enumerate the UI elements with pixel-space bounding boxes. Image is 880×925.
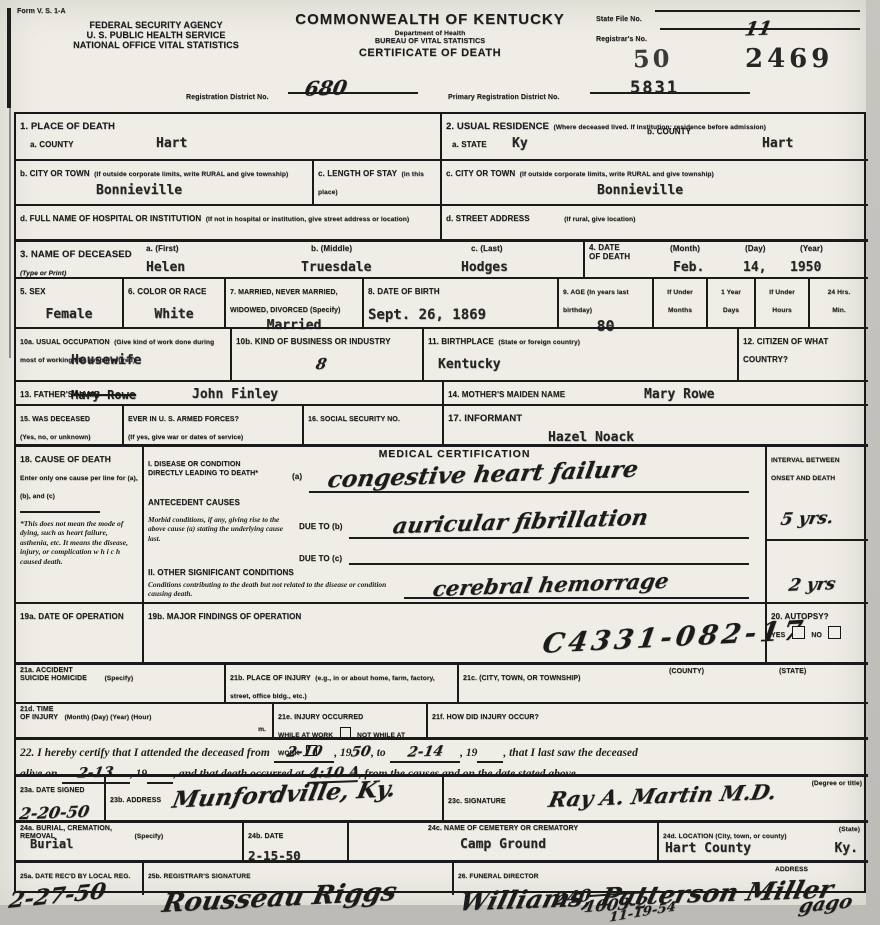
death-date-title: 4. DATE OF DEATH [589, 244, 631, 262]
business-value: 8 [314, 355, 328, 373]
residence-title: 2. USUAL RESIDENCE [446, 121, 549, 132]
date-received-label: 25a. DATE REC'D BY LOCAL REG. [20, 873, 130, 880]
place-city-value: Bonnieville [96, 183, 182, 198]
agency-block: FEDERAL SECURITY AGENCY U. S. PUBLIC HEA… [16, 20, 296, 50]
field-injury-occurred: 21e. INJURY OCCURRED WHILE AT WORK NOT W… [272, 702, 426, 737]
accident-note: (Specify) [104, 675, 133, 682]
birthplace-value: Kentucky [438, 357, 733, 372]
due-to-c-label: DUE TO (c) [299, 555, 342, 564]
primary-district-label: Primary Registration District No. [448, 94, 559, 102]
field-social-security: 16. SOCIAL SECURITY NO. [302, 404, 442, 444]
age-months-header-1: If Under [667, 289, 693, 296]
field-length-of-stay: c. LENGTH OF STAY (in this place) [312, 159, 440, 204]
residence-county-value: Hart [762, 136, 793, 151]
registrar-signature-label: 25b. REGISTRAR'S SIGNATURE [148, 873, 251, 880]
death-day-value: 14, [743, 260, 766, 275]
place-injury-label: 21b. PLACE OF INJURY [230, 675, 311, 682]
other-conditions-label: II. OTHER SIGNIFICANT CONDITIONS [148, 569, 294, 578]
dob-label: 8. DATE OF BIRTH [368, 287, 440, 296]
injury-city-label: 21c. (CITY, TOWN, OR TOWNSHIP) [463, 675, 580, 682]
sex-value: Female [20, 307, 118, 322]
sidebar-divider [20, 511, 100, 513]
certify-text-5: , that I last saw the deceased [503, 747, 638, 759]
field-burial-date: 24b. DATE 2-15-50 [242, 820, 347, 860]
due-to-b-label: DUE TO (b) [299, 523, 343, 532]
last-name-value: Hodges [461, 260, 508, 275]
death-month-header: (Month) [670, 245, 700, 254]
mother-label: 14. MOTHER'S MAIDEN NAME [448, 390, 565, 399]
birthplace-label: 11. BIRTHPLACE [428, 337, 494, 346]
death-year-value: 1950 [790, 260, 821, 275]
residence-city-note: (If outside corporate limits, write RURA… [520, 171, 714, 178]
field-street-address: d. STREET ADDRESS (If rural, give locati… [440, 204, 868, 239]
field-place-of-injury: 21b. PLACE OF INJURY (e.g., in or about … [224, 662, 457, 702]
interval-other-value: 2 yrs [787, 574, 837, 596]
armed-forces-note: (If yes, give war or dates of service) [128, 434, 243, 441]
field-registrar-signature: 25b. REGISTRAR'S SIGNATURE Rousseau Rigg… [142, 860, 452, 895]
autopsy-no-label: NO [811, 632, 822, 639]
injury-occurred-label: 21e. INJURY OCCURRED [278, 714, 363, 721]
cause-c-rule [349, 539, 749, 565]
last-name-header: c. (Last) [471, 245, 503, 254]
field-date-of-birth: 8. DATE OF BIRTH Sept. 26, 1869 [362, 277, 557, 327]
residence-state-label: a. STATE [452, 140, 487, 149]
field-usual-residence: 2. USUAL RESIDENCE (Where deceased lived… [440, 114, 868, 159]
field-burial-type: 24a. BURIAL, CREMATION, REMOVAL (Specify… [16, 820, 242, 860]
injury-time-m: m. [258, 726, 266, 733]
injury-time-cols: (Month) (Day) (Year) (Hour) [64, 714, 151, 721]
field-cemetery-name: 24c. NAME OF CEMETERY OR CREMATORY Camp … [347, 820, 657, 860]
certify-text-4: , 19 [460, 747, 477, 759]
field-interval-column: INTERVAL BETWEEN ONSET AND DEATH 5 yrs. … [765, 444, 868, 602]
funeral-director-address-label: ADDRESS [775, 866, 808, 873]
field-kind-of-business: 10b. KIND OF BUSINESS OR INDUSTRY 8 [230, 327, 422, 380]
agency-line-1: FEDERAL SECURITY AGENCY [16, 20, 296, 30]
age-hours-header-2: Hours [772, 307, 792, 314]
signer-address-label: 23b. ADDRESS [110, 797, 161, 804]
death-month-value: Feb. [673, 260, 704, 275]
field-birthplace: 11. BIRTHPLACE (State or foreign country… [422, 327, 737, 380]
interval-header: INTERVAL BETWEEN ONSET AND DEATH [771, 457, 840, 482]
burial-note: (Specify) [134, 833, 163, 840]
autopsy-label: 20. AUTOPSY? [771, 612, 829, 621]
field-age: 9. AGE (In years last birthday) 80 [557, 277, 652, 327]
field-certification-statement: 22. I hereby certify that I attended the… [16, 737, 868, 774]
certify-text-3: , to [371, 747, 386, 759]
field-date-signed: 23a. DATE SIGNED 2-20-50 [16, 774, 104, 820]
hospital-label: d. FULL NAME OF HOSPITAL OR INSTITUTION [20, 214, 201, 223]
cemetery-location-value: Hart County [665, 841, 751, 856]
physician-signature-value: Ray A. Martin M.D. [547, 779, 780, 812]
residence-city-value: Bonnieville [597, 183, 683, 198]
field-color-or-race: 6. COLOR OR RACE White [122, 277, 224, 327]
was-deceased-label: 15. WAS DECEASED [20, 416, 90, 423]
autopsy-yes-label: YES [771, 632, 785, 639]
field-cemetery-location: 24d. LOCATION (City, town, or county) (S… [657, 820, 868, 860]
residence-state-value: Ky [512, 136, 528, 151]
disease-condition-label-2: DIRECTLY LEADING TO DEATH* [148, 470, 258, 478]
certify-year-value: 50 [350, 744, 372, 761]
field-cause-of-death-sidebar: 18. CAUSE OF DEATH Enter only one cause … [16, 444, 142, 602]
first-name-header: a. (First) [146, 245, 179, 254]
field-autopsy: 20. AUTOPSY? YES NO [765, 602, 868, 662]
burial-date-label: 24b. DATE [248, 833, 283, 840]
age-days-header-2: Days [723, 307, 739, 314]
bureau-line: BUREAU OF VITAL STATISTICS [280, 37, 580, 45]
marital-label: 7. MARRIED, NEVER MARRIED, WIDOWED, DIVO… [230, 289, 340, 314]
burial-value: Burial [30, 837, 73, 851]
registrar-no-label: Registrar's No. [596, 36, 647, 44]
sex-label: 5. SEX [20, 287, 46, 296]
field-medical-certification: MEDICAL CERTIFICATION I. DISEASE OR COND… [142, 444, 765, 602]
ssn-label: 16. SOCIAL SECURITY NO. [308, 416, 400, 423]
informant-label: 17. INFORMANT [448, 413, 522, 424]
place-county-label: a. COUNTY [30, 140, 74, 149]
cemetery-location-label: 24d. LOCATION (City, town, or county) [663, 833, 787, 840]
field-age-months: If Under Months [652, 277, 706, 327]
antecedent-label: ANTECEDENT CAUSES [148, 499, 240, 508]
cause-note: Enter only one cause per line for (a), (… [20, 475, 138, 500]
field-name-of-deceased: 3. NAME OF DECEASED (Type or Print) a. (… [16, 239, 583, 277]
field-informant: 17. INFORMANT Hazel Noack [442, 404, 868, 444]
stamp-certificate-number: 2469 [745, 44, 833, 74]
citizen-label: 12. CITIZEN OF WHAT COUNTRY? [743, 337, 828, 364]
stay-label: c. LENGTH OF STAY [318, 169, 397, 178]
hospital-note: (If not in hospital or institution, give… [206, 216, 410, 223]
age-min-header-2: Min. [832, 307, 846, 314]
residence-county-label: b. COUNTY [647, 128, 691, 137]
name-title: 3. NAME OF DECEASED [20, 249, 132, 260]
date-signed-label: 23a. DATE SIGNED [20, 787, 85, 794]
father-value: John Finley [192, 387, 278, 402]
registrar-signature-value: Rousseau Riggs [160, 877, 400, 919]
field-marital-status: 7. MARRIED, NEVER MARRIED, WIDOWED, DIVO… [224, 277, 362, 327]
field-time-of-injury: 21d. TIME OF INJURY (Month) (Day) (Year)… [16, 702, 272, 737]
field-age-minutes: 24 Hrs. Min. [808, 277, 868, 327]
was-deceased-note: (Yes, no, or unknown) [20, 434, 91, 441]
interval-rule [767, 539, 868, 541]
funeral-director-label: 26. FUNERAL DIRECTOR [458, 873, 539, 880]
registrar-no-value: 11 [743, 18, 774, 41]
dob-value: Sept. 26, 1869 [368, 307, 553, 323]
primary-district-value: 5831 [630, 78, 679, 98]
first-name-value: Helen [146, 260, 185, 275]
death-day-header: (Day) [745, 245, 766, 254]
residence-city-label: c. CITY OR TOWN [446, 169, 515, 178]
birthplace-note: (State or foreign country) [498, 339, 580, 346]
field-funeral-director: 26. FUNERAL DIRECTOR ADDRESS Williams, P… [452, 860, 868, 895]
field-citizen-of: 12. CITIZEN OF WHAT COUNTRY? [737, 327, 868, 380]
operation-date-label: 19a. DATE OF OPERATION [20, 612, 124, 621]
disease-condition-label-1: I. DISEASE OR CONDITION [148, 461, 241, 469]
field-signer-address: 23b. ADDRESS Munfordville, Ky. [104, 774, 442, 820]
certify-to-value: 2-14 [406, 743, 444, 760]
field-date-of-death: 4. DATE OF DEATH (Month) (Day) (Year) Fe… [583, 239, 868, 277]
field-place-city: b. CITY OR TOWN (If outside corporate li… [16, 159, 312, 204]
age-hours-header-1: If Under [769, 289, 795, 296]
cemetery-state-value: Ky. [835, 841, 858, 856]
certify-from-value: 2-10 [285, 743, 323, 760]
field-date-of-operation: 19a. DATE OF OPERATION [16, 602, 142, 662]
certify-text-2: , 19 [334, 747, 351, 759]
autopsy-no-checkbox [828, 626, 841, 639]
place-city-note: (If outside corporate limits, write RURA… [94, 171, 288, 178]
cemetery-label: 24c. NAME OF CEMETERY OR CREMATORY [353, 825, 653, 833]
cemetery-value: Camp Ground [353, 837, 653, 852]
name-sub: (Type or Print) [20, 270, 66, 277]
age-months-header-2: Months [668, 307, 692, 314]
injury-state-label: (STATE) [779, 668, 806, 676]
reg-district-value: 680 [303, 75, 349, 100]
signer-address-value: Munfordville, Ky. [170, 775, 398, 813]
commonwealth-title: COMMONWEALTH OF KENTUCKY [280, 12, 580, 29]
field-place-of-death: 1. PLACE OF DEATH a. COUNTY Hart [16, 114, 440, 159]
annotation-scribble: gago [797, 890, 855, 917]
date-received-value: 2-27-50 [7, 878, 107, 914]
findings-label: 19b. MAJOR FINDINGS OF OPERATION [148, 612, 301, 621]
morbid-note: Morbid conditions, if any, giving rise t… [148, 515, 290, 543]
middle-name-value: Truesdale [301, 260, 371, 275]
agency-line-2: U. S. PUBLIC HEALTH SERVICE [16, 30, 296, 40]
field-age-days: 1 Year Days [706, 277, 754, 327]
agency-line-3: NATIONAL OFFICE VITAL STATISTICS [16, 40, 296, 50]
field-hospital-name: d. FULL NAME OF HOSPITAL OR INSTITUTION … [16, 204, 440, 239]
field-accident-suicide-homicide: 21a. ACCIDENT SUICIDE HOMICIDE (Specify) [16, 662, 224, 702]
other-conditions-note: Conditions contributing to the death but… [148, 580, 398, 599]
field-usual-occupation: 10a. USUAL OCCUPATION (Give kind of work… [16, 327, 230, 380]
field-injury-location: 21c. (CITY, TOWN, OR TOWNSHIP) (COUNTY) … [457, 662, 868, 702]
field-armed-forces: EVER IN U. S. ARMED FORCES? (If yes, giv… [122, 404, 302, 444]
injury-time-label: 21d. TIME OF INJURY [20, 706, 60, 722]
street-label: d. STREET ADDRESS [446, 214, 530, 223]
signature-label: 23c. SIGNATURE [448, 798, 506, 805]
certificate-form: 1. PLACE OF DEATH a. COUNTY Hart 2. USUA… [14, 112, 866, 893]
race-value: White [128, 307, 220, 322]
death-year-header: (Year) [800, 245, 823, 254]
street-note: (If rural, give location) [564, 216, 635, 223]
age-label: 9. AGE (In years last birthday) [563, 289, 629, 314]
certify-text-1: 22. I hereby certify that I attended the… [20, 747, 270, 759]
business-label: 10b. KIND OF BUSINESS OR INDUSTRY [236, 337, 391, 346]
cemetery-state-header: (State) [839, 826, 860, 833]
field-physician-signature: 23c. SIGNATURE (Degree or title) Ray A. … [442, 774, 868, 820]
informant-value: Hazel Noack [548, 430, 864, 445]
field-was-deceased: 15. WAS DECEASED (Yes, no, or unknown) [16, 404, 122, 444]
scanned-certificate-page: Form V. S. 1-A FEDERAL SECURITY AGENCY U… [0, 0, 866, 905]
field-residence-city: c. CITY OR TOWN (If outside corporate li… [440, 159, 868, 204]
reg-district-label: Registration District No. [186, 94, 269, 102]
field-date-received: 25a. DATE REC'D BY LOCAL REG. 2-27-50 [16, 860, 142, 895]
middle-name-header: b. (Middle) [311, 245, 352, 254]
field-sex: 5. SEX Female [16, 277, 122, 327]
stamp-file-year: 50 [633, 44, 673, 74]
field-age-hours: If Under Hours [754, 277, 808, 327]
accident-label: 21a. ACCIDENT SUICIDE HOMICIDE [20, 667, 100, 683]
age-days-header-1: 1 Year [721, 289, 741, 296]
interval-b-value: 5 yrs. [779, 508, 835, 530]
scan-edge-line [9, 108, 11, 358]
degree-title-label: (Degree or title) [812, 780, 862, 787]
cause-a-prefix: (a) [292, 473, 302, 482]
scan-binding-mark [7, 8, 11, 108]
injury-county-label: (COUNTY) [669, 668, 704, 676]
age-min-header-1: 24 Hrs. [828, 289, 851, 296]
occupation-label: 10a. USUAL OCCUPATION [20, 339, 110, 346]
field-mothers-maiden-name: 14. MOTHER'S MAIDEN NAME Mary Rowe [442, 380, 868, 404]
mother-value: Mary Rowe [644, 387, 714, 402]
cause-label: 18. CAUSE OF DEATH [20, 454, 111, 464]
state-file-blank [655, 10, 860, 12]
cause-footnote: *This does not mean the mode of dying, s… [20, 519, 138, 566]
field-major-findings: 19b. MAJOR FINDINGS OF OPERATION C4331-0… [142, 602, 765, 662]
occupation-value: Housewife [71, 353, 141, 368]
place-city-label: b. CITY OR TOWN [20, 169, 90, 178]
autopsy-yes-checkbox [792, 626, 805, 639]
certificate-title: CERTIFICATE OF DEATH [280, 47, 580, 59]
how-injury-label: 21f. HOW DID INJURY OCCUR? [432, 714, 539, 721]
field-how-injury-occurred: 21f. HOW DID INJURY OCCUR? [426, 702, 868, 737]
state-file-label: State File No. [596, 16, 642, 24]
field-fathers-name: 13. FATHER'S NAME Mary Rowe John Finley [16, 380, 442, 404]
armed-forces-label: EVER IN U. S. ARMED FORCES? [128, 416, 239, 423]
form-number: Form V. S. 1-A [17, 8, 66, 16]
race-label: 6. COLOR OR RACE [128, 287, 207, 296]
place-county-value: Hart [156, 136, 187, 151]
father-struck-value: Mary Rowe [71, 388, 136, 402]
place-title: 1. PLACE OF DEATH [20, 121, 115, 132]
title-block: COMMONWEALTH OF KENTUCKY Department of H… [280, 12, 580, 60]
